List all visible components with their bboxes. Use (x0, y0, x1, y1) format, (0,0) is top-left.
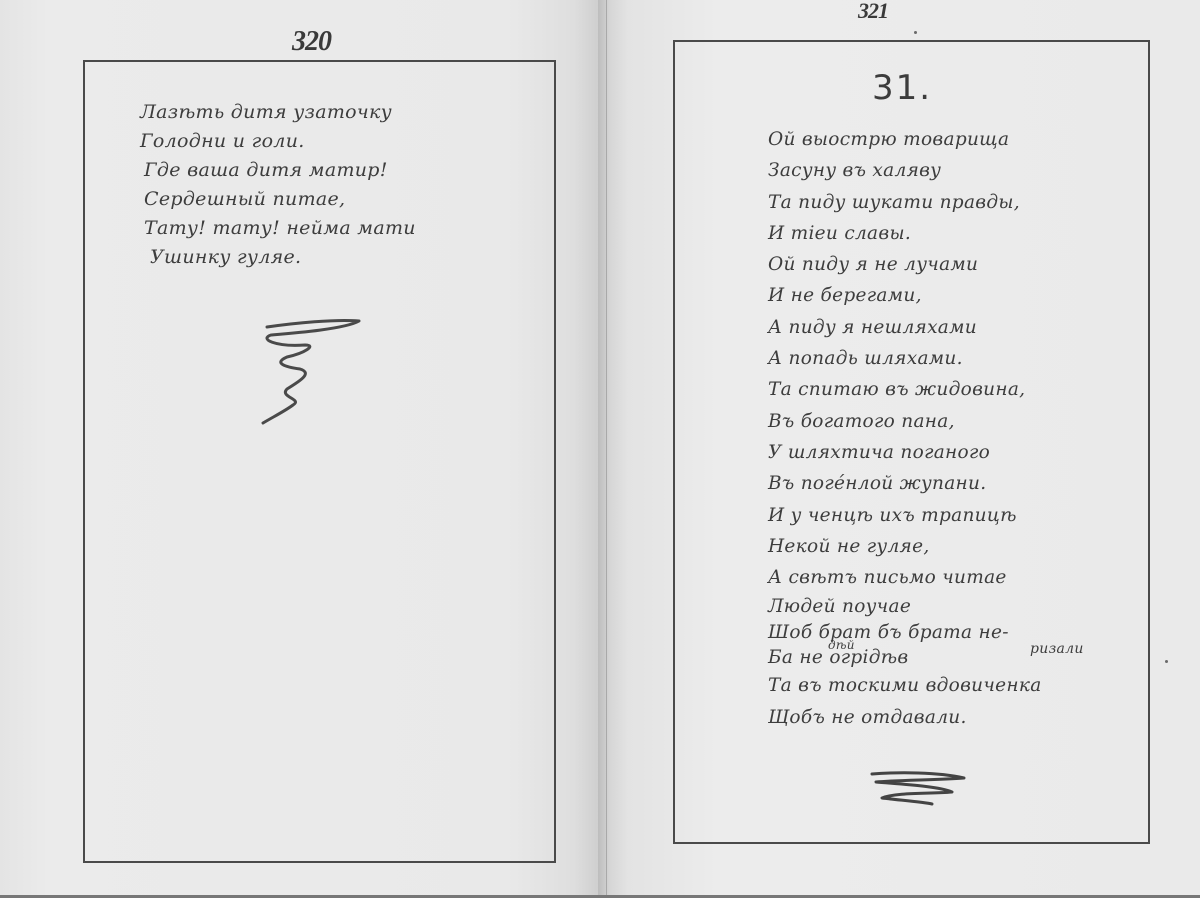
margin-insertion-above: дѣй (828, 633, 855, 658)
text-line: Лазѣть дитя узаточку (140, 98, 416, 127)
text-line: Ой пиду я не лучами (768, 249, 1042, 280)
text-line: Голодни и голи. (140, 127, 416, 156)
text-line: Ушинку гуляе. (140, 243, 416, 272)
book-gutter (606, 0, 607, 898)
text-line: И не берегами, (768, 280, 1042, 311)
text-line: Та въ тоскими вдовиченка (768, 670, 1042, 702)
text-line: Тату! тату! нейма мати (140, 214, 416, 243)
text-line: Сердешный питае, (140, 185, 416, 214)
text-line: Та спитаю въ жидовина, (768, 374, 1042, 405)
text-line: И тіеи славы. (768, 218, 1042, 249)
end-flourish-icon (868, 768, 968, 808)
text-line: Та пиду шукати правды, (768, 187, 1042, 218)
text-line: А пиду я нешляхами (768, 312, 1042, 343)
ink-speck (914, 31, 917, 34)
text-line: Людей поучае (768, 593, 1042, 620)
text-line: А попадь шляхами. (768, 343, 1042, 374)
left-page-number: 320 (292, 26, 331, 58)
text-line: Шоб брат бъ брата не- (768, 620, 1042, 645)
text-line: Ой выострю товарища (768, 124, 1042, 155)
text-line: Где ваша дитя матир! (140, 156, 416, 185)
text-line: Въ погéнлой жупани. (768, 468, 1042, 499)
right-page-number: 321 (858, 0, 888, 24)
text-line: У шляхтича поганого (768, 437, 1042, 468)
text-line: Некой не гуляе, (768, 531, 1042, 562)
text-line: А свѣтъ письмо читае (768, 562, 1042, 593)
poem-number: 31. (872, 68, 932, 108)
ink-speck (1165, 660, 1168, 663)
end-flourish-icon (255, 305, 365, 425)
text-line: Ба не огрідѣв дѣй ризали (768, 645, 1042, 670)
right-page-text: Ой выострю товарища Засуну въ халяву Та … (768, 124, 1042, 734)
text-line: Въ богатого пана, (768, 406, 1042, 437)
text-line: И у ченцѣ ихъ трапицѣ (768, 500, 1042, 531)
margin-insertion-continuation: ризали (1030, 637, 1084, 662)
left-page-text: Лазѣть дитя узаточку Голодни и голи. Где… (140, 98, 416, 272)
manuscript-spread: 320 Лазѣть дитя узаточку Голодни и голи.… (0, 0, 1200, 898)
text-line: Щобъ не отдавали. (768, 702, 1042, 734)
text-line: Засуну въ халяву (768, 155, 1042, 186)
